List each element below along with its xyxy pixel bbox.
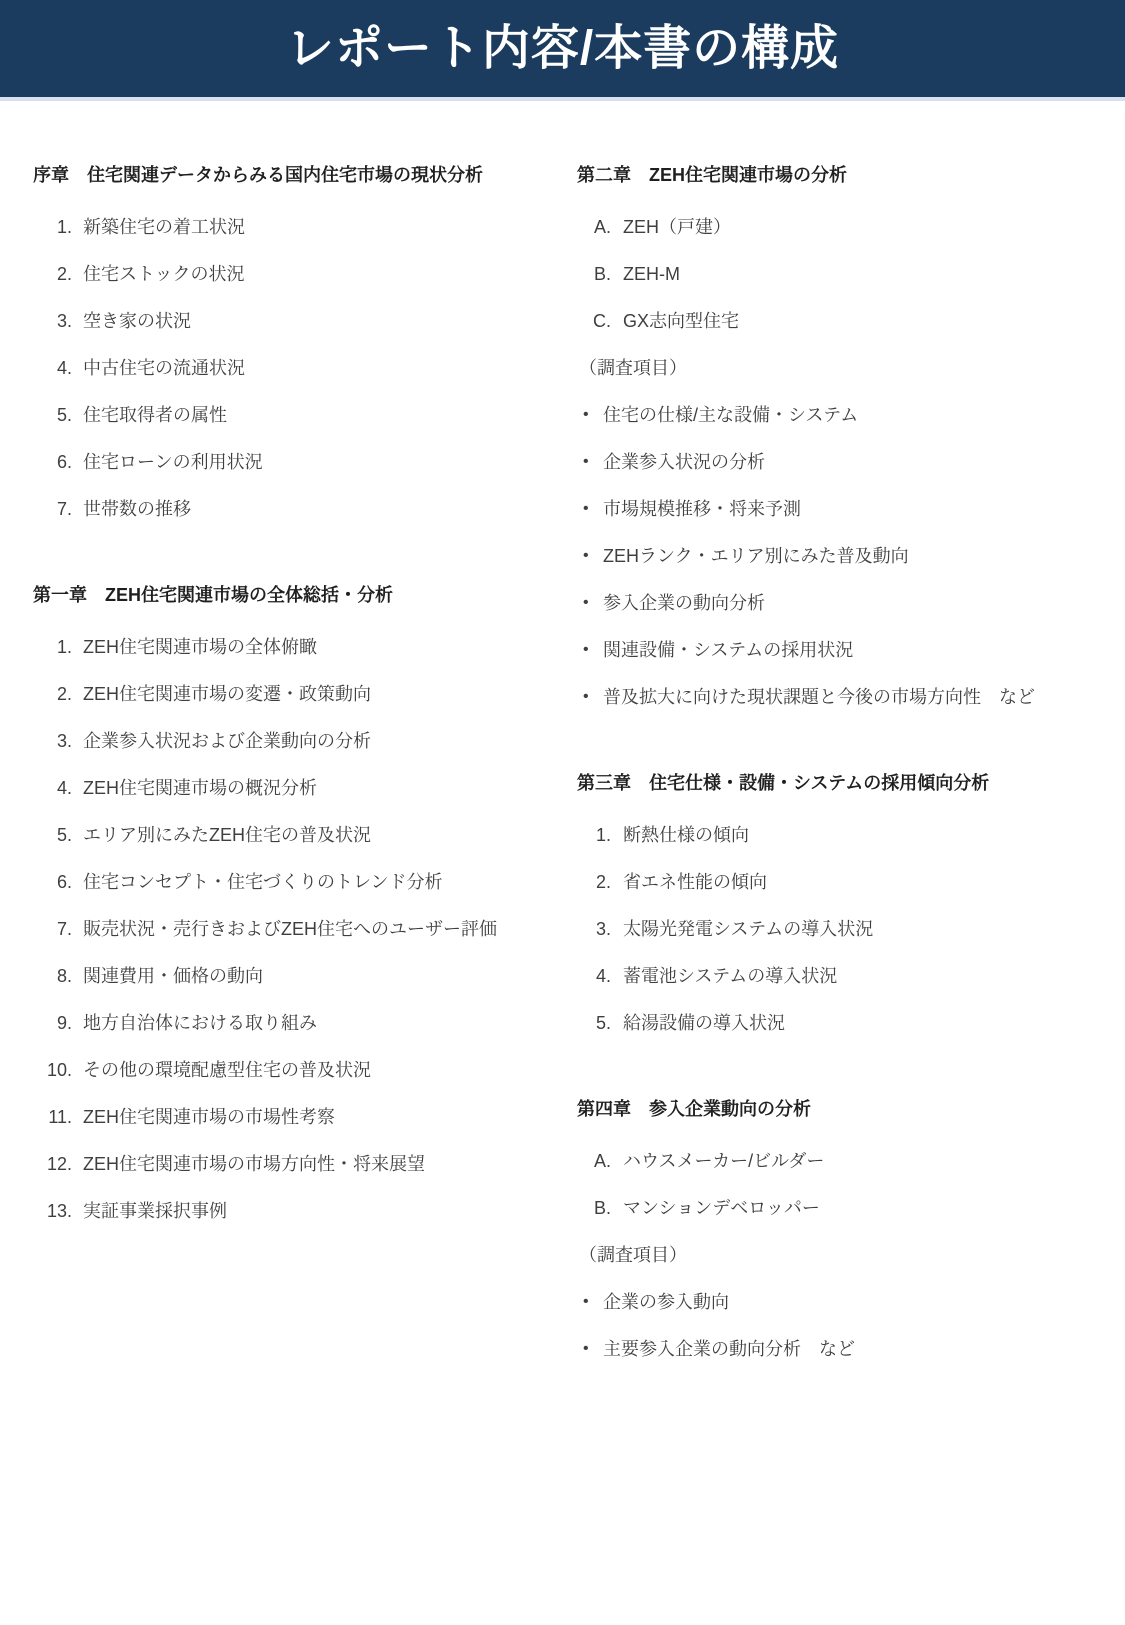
section-intro-chapter: 序章 住宅関連データからみる国内住宅市場の現状分析 1. 新築住宅の着工状況 2…: [33, 163, 545, 521]
toc-column-left: 序章 住宅関連データからみる国内住宅市場の現状分析 1. 新築住宅の着工状況 2…: [33, 163, 545, 1423]
item-number: 5.: [33, 403, 83, 427]
item-label: 給湯設備の導入状況: [623, 1011, 1092, 1035]
item-label: 住宅コンセプト・住宅づくりのトレンド分析: [83, 870, 545, 894]
item-label: 販売状況・売行きおよびZEH住宅へのユーザー評価: [83, 917, 545, 941]
section-heading: 第四章 参入企業動向の分析: [577, 1097, 1092, 1121]
toc-item: • 市場規模推移・将来予測: [577, 497, 1092, 521]
item-number: 7.: [33, 917, 83, 941]
item-number: 8.: [33, 964, 83, 988]
item-label: 太陽光発電システムの導入状況: [623, 917, 1092, 941]
item-label: 蓄電池システムの導入状況: [623, 964, 1092, 988]
item-number: 2.: [577, 870, 623, 894]
item-number: 5.: [577, 1011, 623, 1035]
item-label: 省エネ性能の傾向: [623, 870, 1092, 894]
toc-item: • 住宅の仕様/主な設備・システム: [577, 403, 1092, 427]
item-number: 9.: [33, 1011, 83, 1035]
toc-item: 1. 断熱仕様の傾向: [577, 823, 1092, 847]
item-number: 1.: [33, 215, 83, 239]
item-label: ハウスメーカー/ビルダー: [623, 1149, 1092, 1173]
item-label: 地方自治体における取り組み: [83, 1011, 545, 1035]
item-number: 2.: [33, 682, 83, 706]
toc-item: • 企業の参入動向: [577, 1290, 1092, 1314]
item-letter: B.: [577, 262, 623, 286]
item-label: 世帯数の推移: [83, 497, 545, 521]
item-label: 市場規模推移・将来予測: [603, 497, 1092, 521]
toc-item: 7. 世帯数の推移: [33, 497, 545, 521]
item-number: 2.: [33, 262, 83, 286]
item-label: （調査項目）: [579, 356, 1092, 380]
item-number: 3.: [33, 729, 83, 753]
item-number: 10.: [33, 1058, 83, 1082]
bullet-icon: •: [577, 638, 603, 662]
page-header: レポート内容/本書の構成: [0, 0, 1125, 101]
item-label: ZEH-M: [623, 262, 1092, 286]
page-title: レポート内容/本書の構成: [286, 25, 839, 73]
toc-list: 1. ZEH住宅関連市場の全体俯瞰 2. ZEH住宅関連市場の変遷・政策動向 3…: [33, 635, 545, 1223]
item-label: 関連設備・システムの採用状況: [603, 638, 1092, 662]
toc-item: A. ZEH（戸建）: [577, 215, 1092, 239]
bullet-icon: •: [577, 497, 603, 521]
toc-item: 13. 実証事業採択事例: [33, 1199, 545, 1223]
item-label: ZEH住宅関連市場の全体俯瞰: [83, 635, 545, 659]
survey-items-note: （調査項目）: [577, 356, 1092, 380]
bullet-icon: •: [577, 1290, 603, 1314]
item-label: 関連費用・価格の動向: [83, 964, 545, 988]
item-label: 中古住宅の流通状況: [83, 356, 545, 380]
bullet-icon: •: [577, 685, 603, 709]
item-number: 3.: [33, 309, 83, 333]
toc-list: A. ZEH（戸建） B. ZEH-M C. GX志向型住宅 （調査項目）: [577, 215, 1092, 709]
toc-item: • 企業参入状況の分析: [577, 450, 1092, 474]
item-number: 1.: [577, 823, 623, 847]
toc-item: 3. 企業参入状況および企業動向の分析: [33, 729, 545, 753]
item-label: 参入企業の動向分析: [603, 591, 1092, 615]
bullet-icon: •: [577, 544, 603, 568]
bullet-icon: •: [577, 1337, 603, 1361]
toc-item: 8. 関連費用・価格の動向: [33, 964, 545, 988]
item-number: 4.: [577, 964, 623, 988]
toc-item: 10. その他の環境配慮型住宅の普及状況: [33, 1058, 545, 1082]
item-label: 普及拡大に向けた現状課題と今後の市場方向性 など: [603, 685, 1092, 709]
toc-item: • 主要参入企業の動向分析 など: [577, 1337, 1092, 1361]
toc-item: 4. ZEH住宅関連市場の概況分析: [33, 776, 545, 800]
toc-item: A. ハウスメーカー/ビルダー: [577, 1149, 1092, 1173]
section-heading: 第二章 ZEH住宅関連市場の分析: [577, 163, 1092, 187]
item-label: ZEH（戸建）: [623, 215, 1092, 239]
toc-item: 6. 住宅コンセプト・住宅づくりのトレンド分析: [33, 870, 545, 894]
toc-list: 1. 断熱仕様の傾向 2. 省エネ性能の傾向 3. 太陽光発電システムの導入状況…: [577, 823, 1092, 1035]
item-number: 7.: [33, 497, 83, 521]
item-label: ZEHランク・エリア別にみた普及動向: [603, 544, 1092, 568]
section-chapter-3: 第三章 住宅仕様・設備・システムの採用傾向分析 1. 断熱仕様の傾向 2. 省エ…: [577, 771, 1092, 1035]
item-label: その他の環境配慮型住宅の普及状況: [83, 1058, 545, 1082]
item-label: 空き家の状況: [83, 309, 545, 333]
item-label: ZEH住宅関連市場の概況分析: [83, 776, 545, 800]
section-heading: 第一章 ZEH住宅関連市場の全体総括・分析: [33, 583, 545, 607]
item-label: 断熱仕様の傾向: [623, 823, 1092, 847]
toc-list: 1. 新築住宅の着工状況 2. 住宅ストックの状況 3. 空き家の状況 4. 中…: [33, 215, 545, 521]
toc-item: 2. ZEH住宅関連市場の変遷・政策動向: [33, 682, 545, 706]
item-label: 住宅ストックの状況: [83, 262, 545, 286]
item-letter: B.: [577, 1196, 623, 1220]
item-number: 11.: [33, 1105, 83, 1129]
item-letter: C.: [577, 309, 623, 333]
toc-item: 1. 新築住宅の着工状況: [33, 215, 545, 239]
item-number: 4.: [33, 356, 83, 380]
item-number: 4.: [33, 776, 83, 800]
item-number: 6.: [33, 870, 83, 894]
item-label: ZEH住宅関連市場の市場方向性・将来展望: [83, 1152, 545, 1176]
item-label: （調査項目）: [579, 1243, 1092, 1267]
section-heading: 序章 住宅関連データからみる国内住宅市場の現状分析: [33, 163, 545, 187]
toc-item: • 参入企業の動向分析: [577, 591, 1092, 615]
toc-item: 4. 蓄電池システムの導入状況: [577, 964, 1092, 988]
section-heading: 第三章 住宅仕様・設備・システムの採用傾向分析: [577, 771, 1092, 795]
item-label: GX志向型住宅: [623, 309, 1092, 333]
section-chapter-2: 第二章 ZEH住宅関連市場の分析 A. ZEH（戸建） B. ZEH-M C. …: [577, 163, 1092, 709]
report-toc-page: レポート内容/本書の構成 序章 住宅関連データからみる国内住宅市場の現状分析 1…: [0, 0, 1125, 1625]
item-label: ZEH住宅関連市場の市場性考察: [83, 1105, 545, 1129]
toc-item: 2. 省エネ性能の傾向: [577, 870, 1092, 894]
item-label: 住宅ローンの利用状況: [83, 450, 545, 474]
toc-column-right: 第二章 ZEH住宅関連市場の分析 A. ZEH（戸建） B. ZEH-M C. …: [577, 163, 1092, 1423]
item-number: 12.: [33, 1152, 83, 1176]
item-label: 住宅の仕様/主な設備・システム: [603, 403, 1092, 427]
toc-item: 4. 中古住宅の流通状況: [33, 356, 545, 380]
bullet-icon: •: [577, 591, 603, 615]
item-label: 企業参入状況の分析: [603, 450, 1092, 474]
item-number: 13.: [33, 1199, 83, 1223]
toc-list: A. ハウスメーカー/ビルダー B. マンションデベロッパー （調査項目） • …: [577, 1149, 1092, 1361]
item-label: 企業の参入動向: [603, 1290, 1092, 1314]
item-label: 実証事業採択事例: [83, 1199, 545, 1223]
item-label: エリア別にみたZEH住宅の普及状況: [83, 823, 545, 847]
toc-item: 3. 太陽光発電システムの導入状況: [577, 917, 1092, 941]
item-label: 企業参入状況および企業動向の分析: [83, 729, 545, 753]
toc-item: • 関連設備・システムの採用状況: [577, 638, 1092, 662]
toc-item: 3. 空き家の状況: [33, 309, 545, 333]
toc-item: 12. ZEH住宅関連市場の市場方向性・将来展望: [33, 1152, 545, 1176]
toc-item: B. ZEH-M: [577, 262, 1092, 286]
toc-item: 5. 住宅取得者の属性: [33, 403, 545, 427]
survey-items-note: （調査項目）: [577, 1243, 1092, 1267]
toc-item: 5. エリア別にみたZEH住宅の普及状況: [33, 823, 545, 847]
toc-item: • 普及拡大に向けた現状課題と今後の市場方向性 など: [577, 685, 1092, 709]
toc-item: • ZEHランク・エリア別にみた普及動向: [577, 544, 1092, 568]
toc-item: C. GX志向型住宅: [577, 309, 1092, 333]
toc-item: 9. 地方自治体における取り組み: [33, 1011, 545, 1035]
bullet-icon: •: [577, 403, 603, 427]
item-label: 住宅取得者の属性: [83, 403, 545, 427]
section-chapter-1: 第一章 ZEH住宅関連市場の全体総括・分析 1. ZEH住宅関連市場の全体俯瞰 …: [33, 583, 545, 1223]
item-label: 新築住宅の着工状況: [83, 215, 545, 239]
item-number: 6.: [33, 450, 83, 474]
item-label: マンションデベロッパー: [623, 1196, 1092, 1220]
toc-item: B. マンションデベロッパー: [577, 1196, 1092, 1220]
section-chapter-4: 第四章 参入企業動向の分析 A. ハウスメーカー/ビルダー B. マンションデベ…: [577, 1097, 1092, 1361]
bullet-icon: •: [577, 450, 603, 474]
item-letter: A.: [577, 215, 623, 239]
toc-item: 7. 販売状況・売行きおよびZEH住宅へのユーザー評価: [33, 917, 545, 941]
item-label: ZEH住宅関連市場の変遷・政策動向: [83, 682, 545, 706]
item-letter: A.: [577, 1149, 623, 1173]
toc-item: 11. ZEH住宅関連市場の市場性考察: [33, 1105, 545, 1129]
toc-item: 1. ZEH住宅関連市場の全体俯瞰: [33, 635, 545, 659]
item-number: 5.: [33, 823, 83, 847]
item-number: 1.: [33, 635, 83, 659]
toc-item: 6. 住宅ローンの利用状況: [33, 450, 545, 474]
item-number: 3.: [577, 917, 623, 941]
item-label: 主要参入企業の動向分析 など: [603, 1337, 1092, 1361]
toc-content: 序章 住宅関連データからみる国内住宅市場の現状分析 1. 新築住宅の着工状況 2…: [0, 101, 1125, 1483]
toc-item: 5. 給湯設備の導入状況: [577, 1011, 1092, 1035]
toc-item: 2. 住宅ストックの状況: [33, 262, 545, 286]
